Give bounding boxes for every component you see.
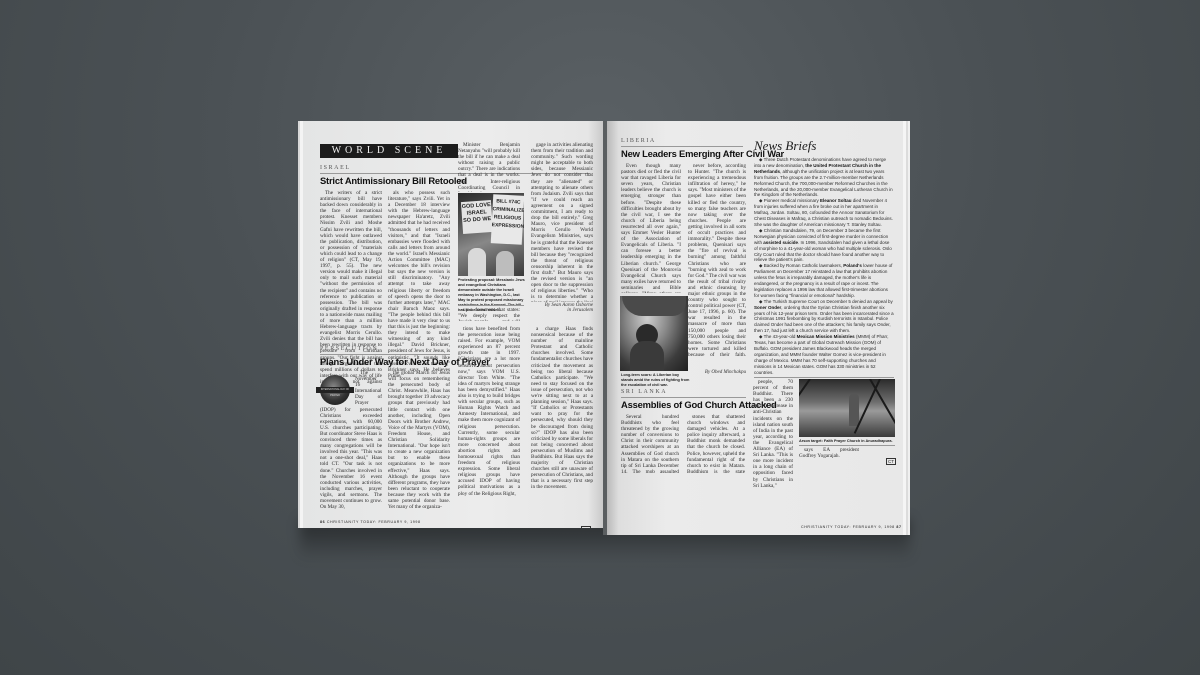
right-folio: CHRISTIANITY TODAY: FEBRUARY 9, 1998 87 — [801, 525, 902, 529]
brief-item: ◆ Pioneer medical missionary Eleanor Sol… — [754, 198, 894, 228]
news-briefs-title: News Briefs — [754, 138, 816, 154]
end-mark: CT — [886, 450, 896, 468]
beam — [799, 379, 811, 429]
israel-col-3-bottom: up a document that states: "We deeply re… — [458, 307, 520, 321]
boy-body — [630, 341, 664, 371]
burned-church-photo — [799, 379, 895, 437]
divider — [621, 397, 746, 398]
sri-lanka-col-2: stones that shattered church windows and… — [687, 414, 745, 474]
persecution-col-4: a charge Haas finds nonsensical because … — [531, 326, 593, 526]
persecution-col-1: The November 16 International Day of Pra… — [320, 370, 382, 518]
liberia-photo-caption: Long-term scars: A Liberian boy stands a… — [621, 373, 691, 388]
israel-col-3-top: Minister Benjamin Netanyahu "will probab… — [458, 142, 520, 192]
headline-israel: Strict Antimissionary Bill Retooled — [320, 175, 467, 186]
persecution-col-3: tions have benefited from the persecutio… — [458, 326, 520, 526]
kicker-liberia: LIBERIA — [621, 138, 656, 144]
protest-sign-left: GOD LOVEISRAELSO DO WE — [461, 200, 493, 234]
beam — [869, 379, 895, 431]
liberia-byline: By Obed Minchakpu — [688, 370, 746, 375]
divider — [754, 377, 894, 378]
israel-byline: By Sean Aaron Osborne in Jerusalem — [531, 303, 593, 313]
news-briefs-list: ◆ Three Dutch Protestant denominations h… — [754, 157, 894, 375]
left-page: WORLD SCENE ISRAEL Strict Antimissionary… — [303, 121, 603, 528]
right-page: LIBERIA New Leaders Emerging After Civil… — [607, 121, 903, 535]
kicker-israel: ISRAEL — [320, 165, 351, 171]
sri-lanka-col-1: Several hundred Buddhists who feel threa… — [621, 414, 679, 474]
kicker-sri-lanka: SRI LANKA — [621, 389, 667, 395]
divider — [320, 354, 450, 355]
left-folio: 86 CHRISTIANITY TODAY: FEBRUARY 9, 1998 — [320, 520, 421, 524]
persecution-col-2: the global March for Jesus will focus on… — [388, 370, 450, 518]
brief-item: ◆ The Turkish Supreme Court on December … — [754, 299, 894, 334]
brief-item: ◆ Backed by Roman Catholic lawmakers, Po… — [754, 263, 894, 298]
liberia-col-2: never before, according to Hunter. "The … — [688, 222, 746, 362]
brief-item: ◆ Three Dutch Protestant denominations h… — [754, 157, 894, 198]
brief-item: ◆ The 43-year-old Mexican Mission Minist… — [754, 334, 894, 375]
sri-lanka-col-4: says EA president Godfrey Yogarajah. — [799, 447, 859, 461]
divider — [621, 146, 743, 147]
divider — [799, 445, 895, 446]
protest-photo: GOD LOVEISRAELSO DO WE BILL #74CCRIMINAL… — [458, 193, 524, 276]
end-mark: CT — [581, 518, 591, 528]
brief-item: ◆ Christian Sandsdalen, 79, on December … — [754, 228, 894, 263]
kicker-persecution: PERSECUTION — [320, 346, 378, 352]
israel-col-4: gage in activities alienating them from … — [531, 142, 593, 302]
liberia-boy-photo — [620, 296, 688, 371]
liberia-col-1: Even though many pastors died or fled th… — [621, 163, 681, 293]
protest-sign-right: BILL #74CCRIMINALIZERELIGIOUSEXPRESSION — [491, 194, 524, 245]
church-photo-caption: Arson target: Faith Prayer Church in Anu… — [799, 439, 899, 444]
sri-lanka-col-3: people, 70 percent of them Buddhist. The… — [753, 379, 793, 491]
logo-wrap-space — [320, 370, 355, 404]
liberia-col-2-top: never before, according to Hunter. "The … — [688, 163, 746, 223]
standing-figure — [849, 394, 859, 426]
protester-figure — [468, 248, 486, 276]
divider — [458, 305, 524, 306]
ruins-overhang — [622, 296, 686, 316]
protester-figure — [496, 251, 514, 276]
section-banner: WORLD SCENE — [320, 144, 458, 158]
